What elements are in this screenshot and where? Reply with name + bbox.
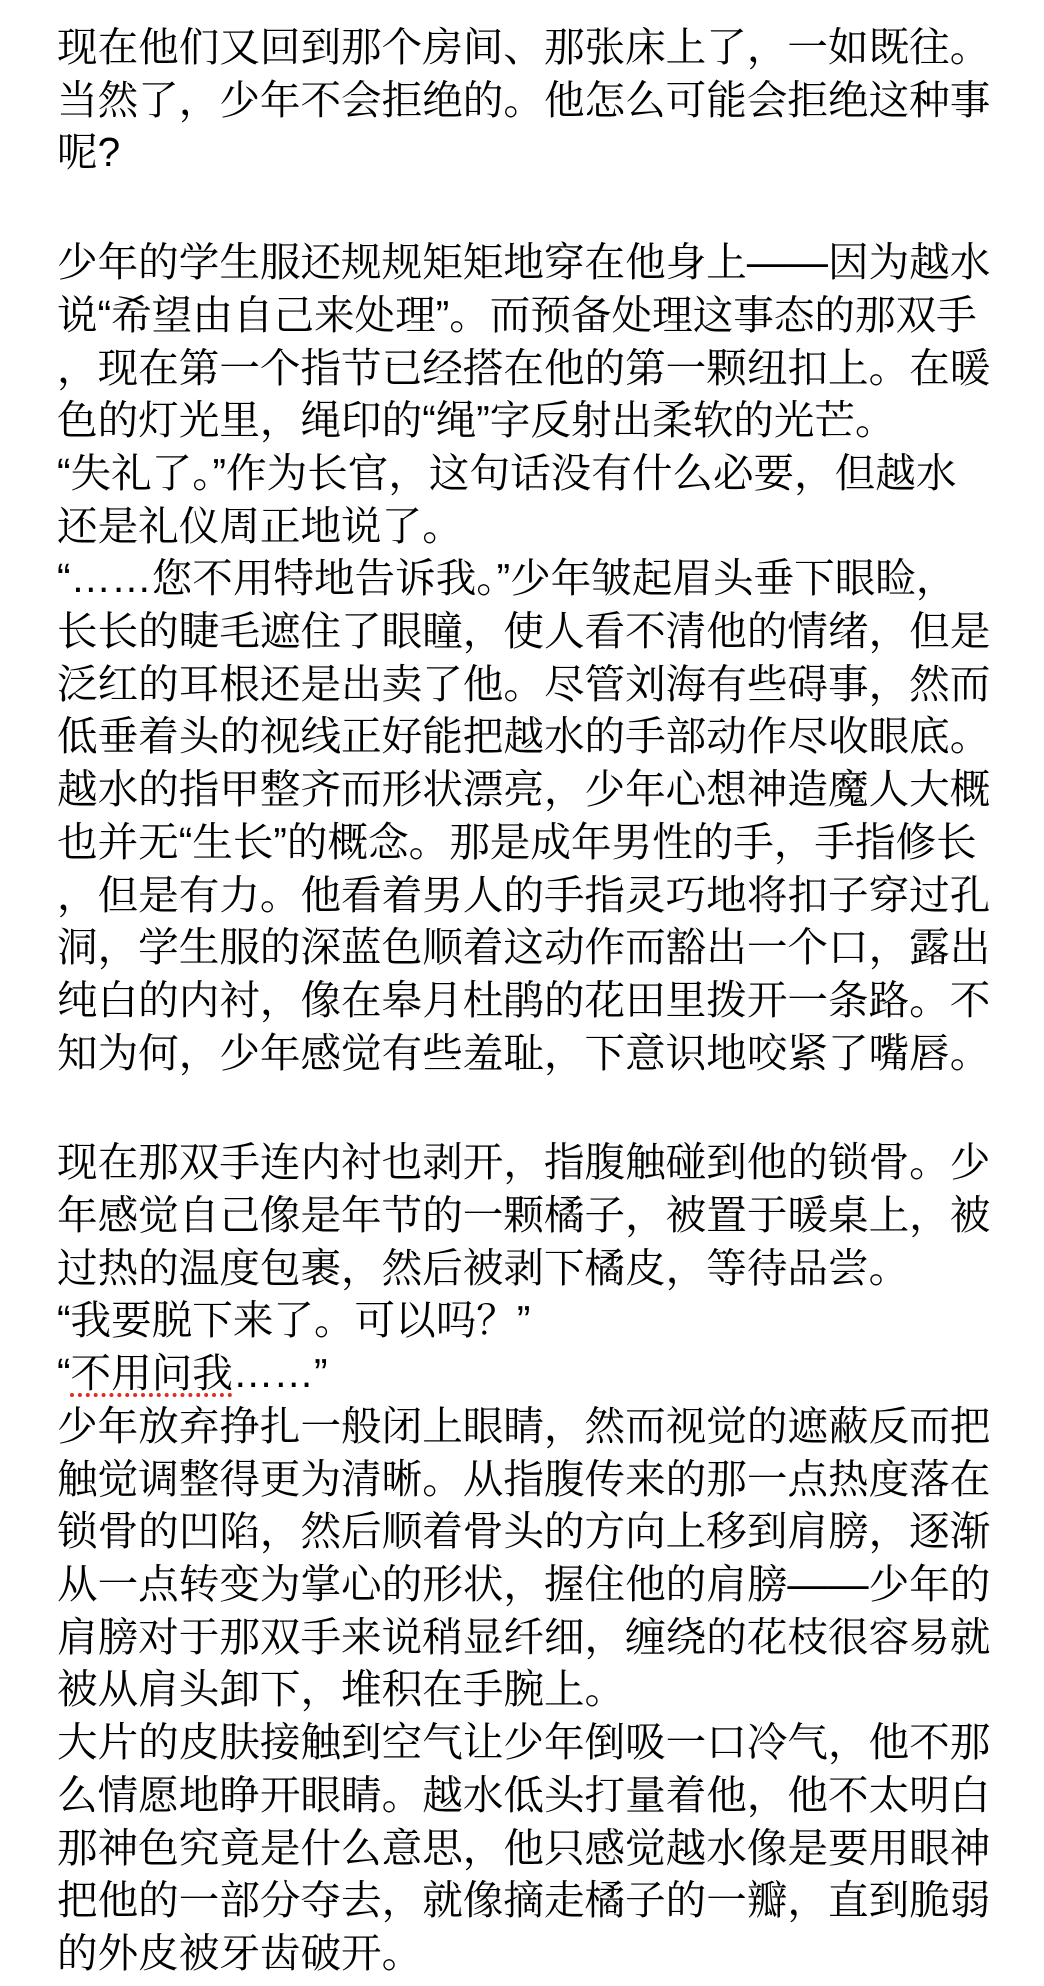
text-line: 说“希望由自己来处理”。而预备处理这事态的那双手 — [57, 289, 1004, 342]
text-line: 知为何，少年感觉有些羞耻，下意识地咬紧了嘴唇。 — [57, 1027, 1004, 1080]
text-line: ，但是有力。他看着男人的手指灵巧地将扣子穿过孔 — [57, 869, 1004, 922]
text-line: 从一点转变为掌心的形状，握住他的肩膀——少年的 — [57, 1558, 1004, 1611]
text-line: “我要脱下来了。可以吗？” — [57, 1294, 1004, 1347]
text-line: 过热的温度包裹，然后被剥下橘皮，等待品尝。 — [57, 1242, 1004, 1295]
text-segment: “ — [57, 1350, 71, 1396]
text-line: 还是礼仪周正地说了。 — [57, 500, 1004, 553]
text-line: 年感觉自己像是年节的一颗橘子，被置于暖桌上，被 — [57, 1189, 1004, 1242]
text-line: 少年的学生服还规规矩矩地穿在他身上——因为越水 — [57, 236, 1004, 289]
paragraph: 现在他们又回到那个房间、那张床上了，一如既往。当然了，少年不会拒绝的。他怎么可能… — [57, 21, 1004, 179]
text-line: 低垂着头的视线正好能把越水的手部动作尽收眼底。 — [57, 710, 1004, 763]
text-line: 么情愿地睁开眼睛。越水低头打量着他，他不太明白 — [57, 1769, 1004, 1822]
text-line: 色的灯光里，绳印的“绳”字反射出柔软的光芒。 — [57, 394, 1004, 447]
text-line: 锁骨的凹陷，然后顺着骨头的方向上移到肩膀，逐渐 — [57, 1505, 1004, 1558]
text-line: 越水的指甲整齐而形状漂亮，少年心想神造魔人大概 — [57, 763, 1004, 816]
text-line: 也并无“生长”的概念。那是成年男性的手，手指修长 — [57, 816, 1004, 869]
text-content: 现在他们又回到那个房间、那张床上了，一如既往。当然了，少年不会拒绝的。他怎么可能… — [57, 21, 1004, 1980]
text-line: 当然了，少年不会拒绝的。他怎么可能会拒绝这种事 — [57, 74, 1004, 127]
text-line: 泛红的耳根还是出卖了他。尽管刘海有些碍事，然而 — [57, 658, 1004, 711]
text-line: 呢? — [57, 126, 1004, 179]
text-line: 被从肩头卸下，堆积在手腕上。 — [57, 1663, 1004, 1716]
text-line: 少年放弃挣扎一般闭上眼睛，然而视觉的遮蔽反而把 — [57, 1400, 1004, 1453]
paragraph: 现在那双手连内衬也剥开，指腹触碰到他的锁骨。少年感觉自己像是年节的一颗橘子，被置… — [57, 1136, 1004, 1979]
text-line: 纯白的内衬，像在皋月杜鹃的花田里拨开一条路。不 — [57, 974, 1004, 1027]
text-line: 洞，学生服的深蓝色顺着这动作而豁出一个口，露出 — [57, 921, 1004, 974]
text-line: 现在那双手连内衬也剥开，指腹触碰到他的锁骨。少 — [57, 1136, 1004, 1189]
text-line: 的外皮被牙齿破开。 — [57, 1927, 1004, 1980]
text-line: “……您不用特地告诉我。”少年皱起眉头垂下眼睑， — [57, 552, 1004, 605]
text-line: “失礼了。”作为长官，这句话没有什么必要，但越水 — [57, 447, 1004, 500]
text-line: “不用问我……” — [57, 1347, 1004, 1400]
text-line: 把他的一部分夺去，就像摘走橘子的一瓣，直到脆弱 — [57, 1874, 1004, 1927]
text-segment: ……” — [233, 1350, 328, 1396]
text-line: ，现在第一个指节已经搭在他的第一颗纽扣上。在暖 — [57, 342, 1004, 395]
paragraph: 少年的学生服还规规矩矩地穿在他身上——因为越水说“希望由自己来处理”。而预备处理… — [57, 236, 1004, 1079]
text-line: 现在他们又回到那个房间、那张床上了，一如既往。 — [57, 21, 1004, 74]
text-line: 长长的睫毛遮住了眼瞳，使人看不清他的情绪，但是 — [57, 605, 1004, 658]
text-page: 现在他们又回到那个房间、那张床上了，一如既往。当然了，少年不会拒绝的。他怎么可能… — [0, 0, 1044, 1986]
text-line: 触觉调整得更为清晰。从指腹传来的那一点热度落在 — [57, 1453, 1004, 1506]
spellcheck-underlined-text[interactable]: 不用问我 — [71, 1350, 233, 1396]
text-line: 肩膀对于那双手来说稍显纤细，缠绕的花枝很容易就 — [57, 1611, 1004, 1664]
text-line: 那神色究竟是什么意思，他只感觉越水像是要用眼神 — [57, 1822, 1004, 1875]
text-line: 大片的皮肤接触到空气让少年倒吸一口冷气，他不那 — [57, 1716, 1004, 1769]
